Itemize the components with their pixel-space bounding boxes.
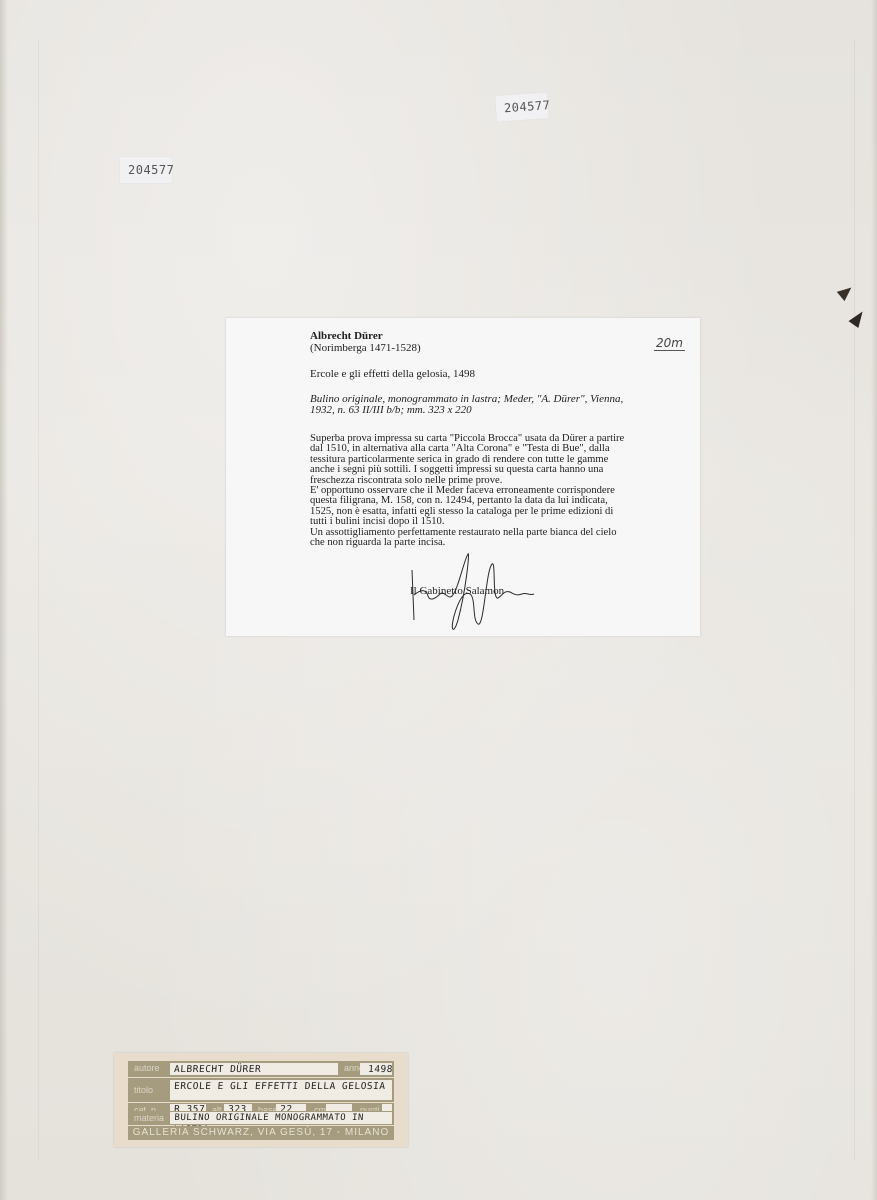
certificate-body: Superba prova impressa su carta "Piccola…: [310, 434, 630, 548]
artwork-backing-board: 204577 204577 Albrecht Dürer (Norimberga…: [0, 0, 877, 1200]
gallery-label: autore ALBRECHT DÜRER anno 1498 titolo E…: [114, 1053, 408, 1147]
inventory-sticker: 204577: [495, 92, 549, 122]
label-row-material: materia BULINO ORIGINALE MONOGRAMMATO IN…: [128, 1111, 394, 1125]
board-edge-right: [871, 0, 877, 1200]
body-paragraph: Un assottigliamento perfettamente restau…: [310, 528, 630, 549]
frame-nail-icon: [837, 283, 855, 301]
handwritten-signature-icon: [406, 550, 536, 636]
artist-name: Albrecht Dürer: [310, 330, 383, 342]
field-key: titolo: [128, 1078, 153, 1102]
gallery-name-address: GALLERIA SCHWARZ, VIA GESÙ, 17 - MILANO: [128, 1126, 394, 1140]
field-value: ERCOLE E GLI EFFETTI DELLA GELOSIA: [170, 1081, 386, 1093]
inventory-sticker: 204577: [120, 157, 172, 183]
field-key: materia: [128, 1111, 164, 1125]
body-paragraph: E' opportuno osservare che il Meder face…: [310, 486, 630, 528]
label-row-author: autore ALBRECHT DÜRER anno 1498: [128, 1061, 394, 1077]
body-paragraph: Superba prova impressa su carta "Piccola…: [310, 434, 630, 486]
frame-nail-icon: [848, 308, 867, 328]
technique-description: Bulino originale, monogrammato in lastra…: [310, 394, 650, 416]
price-note: 20m: [654, 336, 685, 351]
field-value: 1498: [360, 1064, 394, 1076]
field-value: ALBRECHT DÜRER: [170, 1064, 262, 1076]
board-edge-left: [0, 0, 8, 1200]
field-key: autore: [128, 1061, 160, 1077]
artist-life: (Norimberga 1471-1528): [310, 342, 421, 354]
label-row-title: titolo ERCOLE E GLI EFFETTI DELLA GELOSI…: [128, 1078, 394, 1102]
certificate-of-authenticity: Albrecht Dürer (Norimberga 1471-1528) 20…: [226, 318, 700, 636]
artwork-title: Ercole e gli effetti della gelosia, 1498: [310, 368, 475, 380]
